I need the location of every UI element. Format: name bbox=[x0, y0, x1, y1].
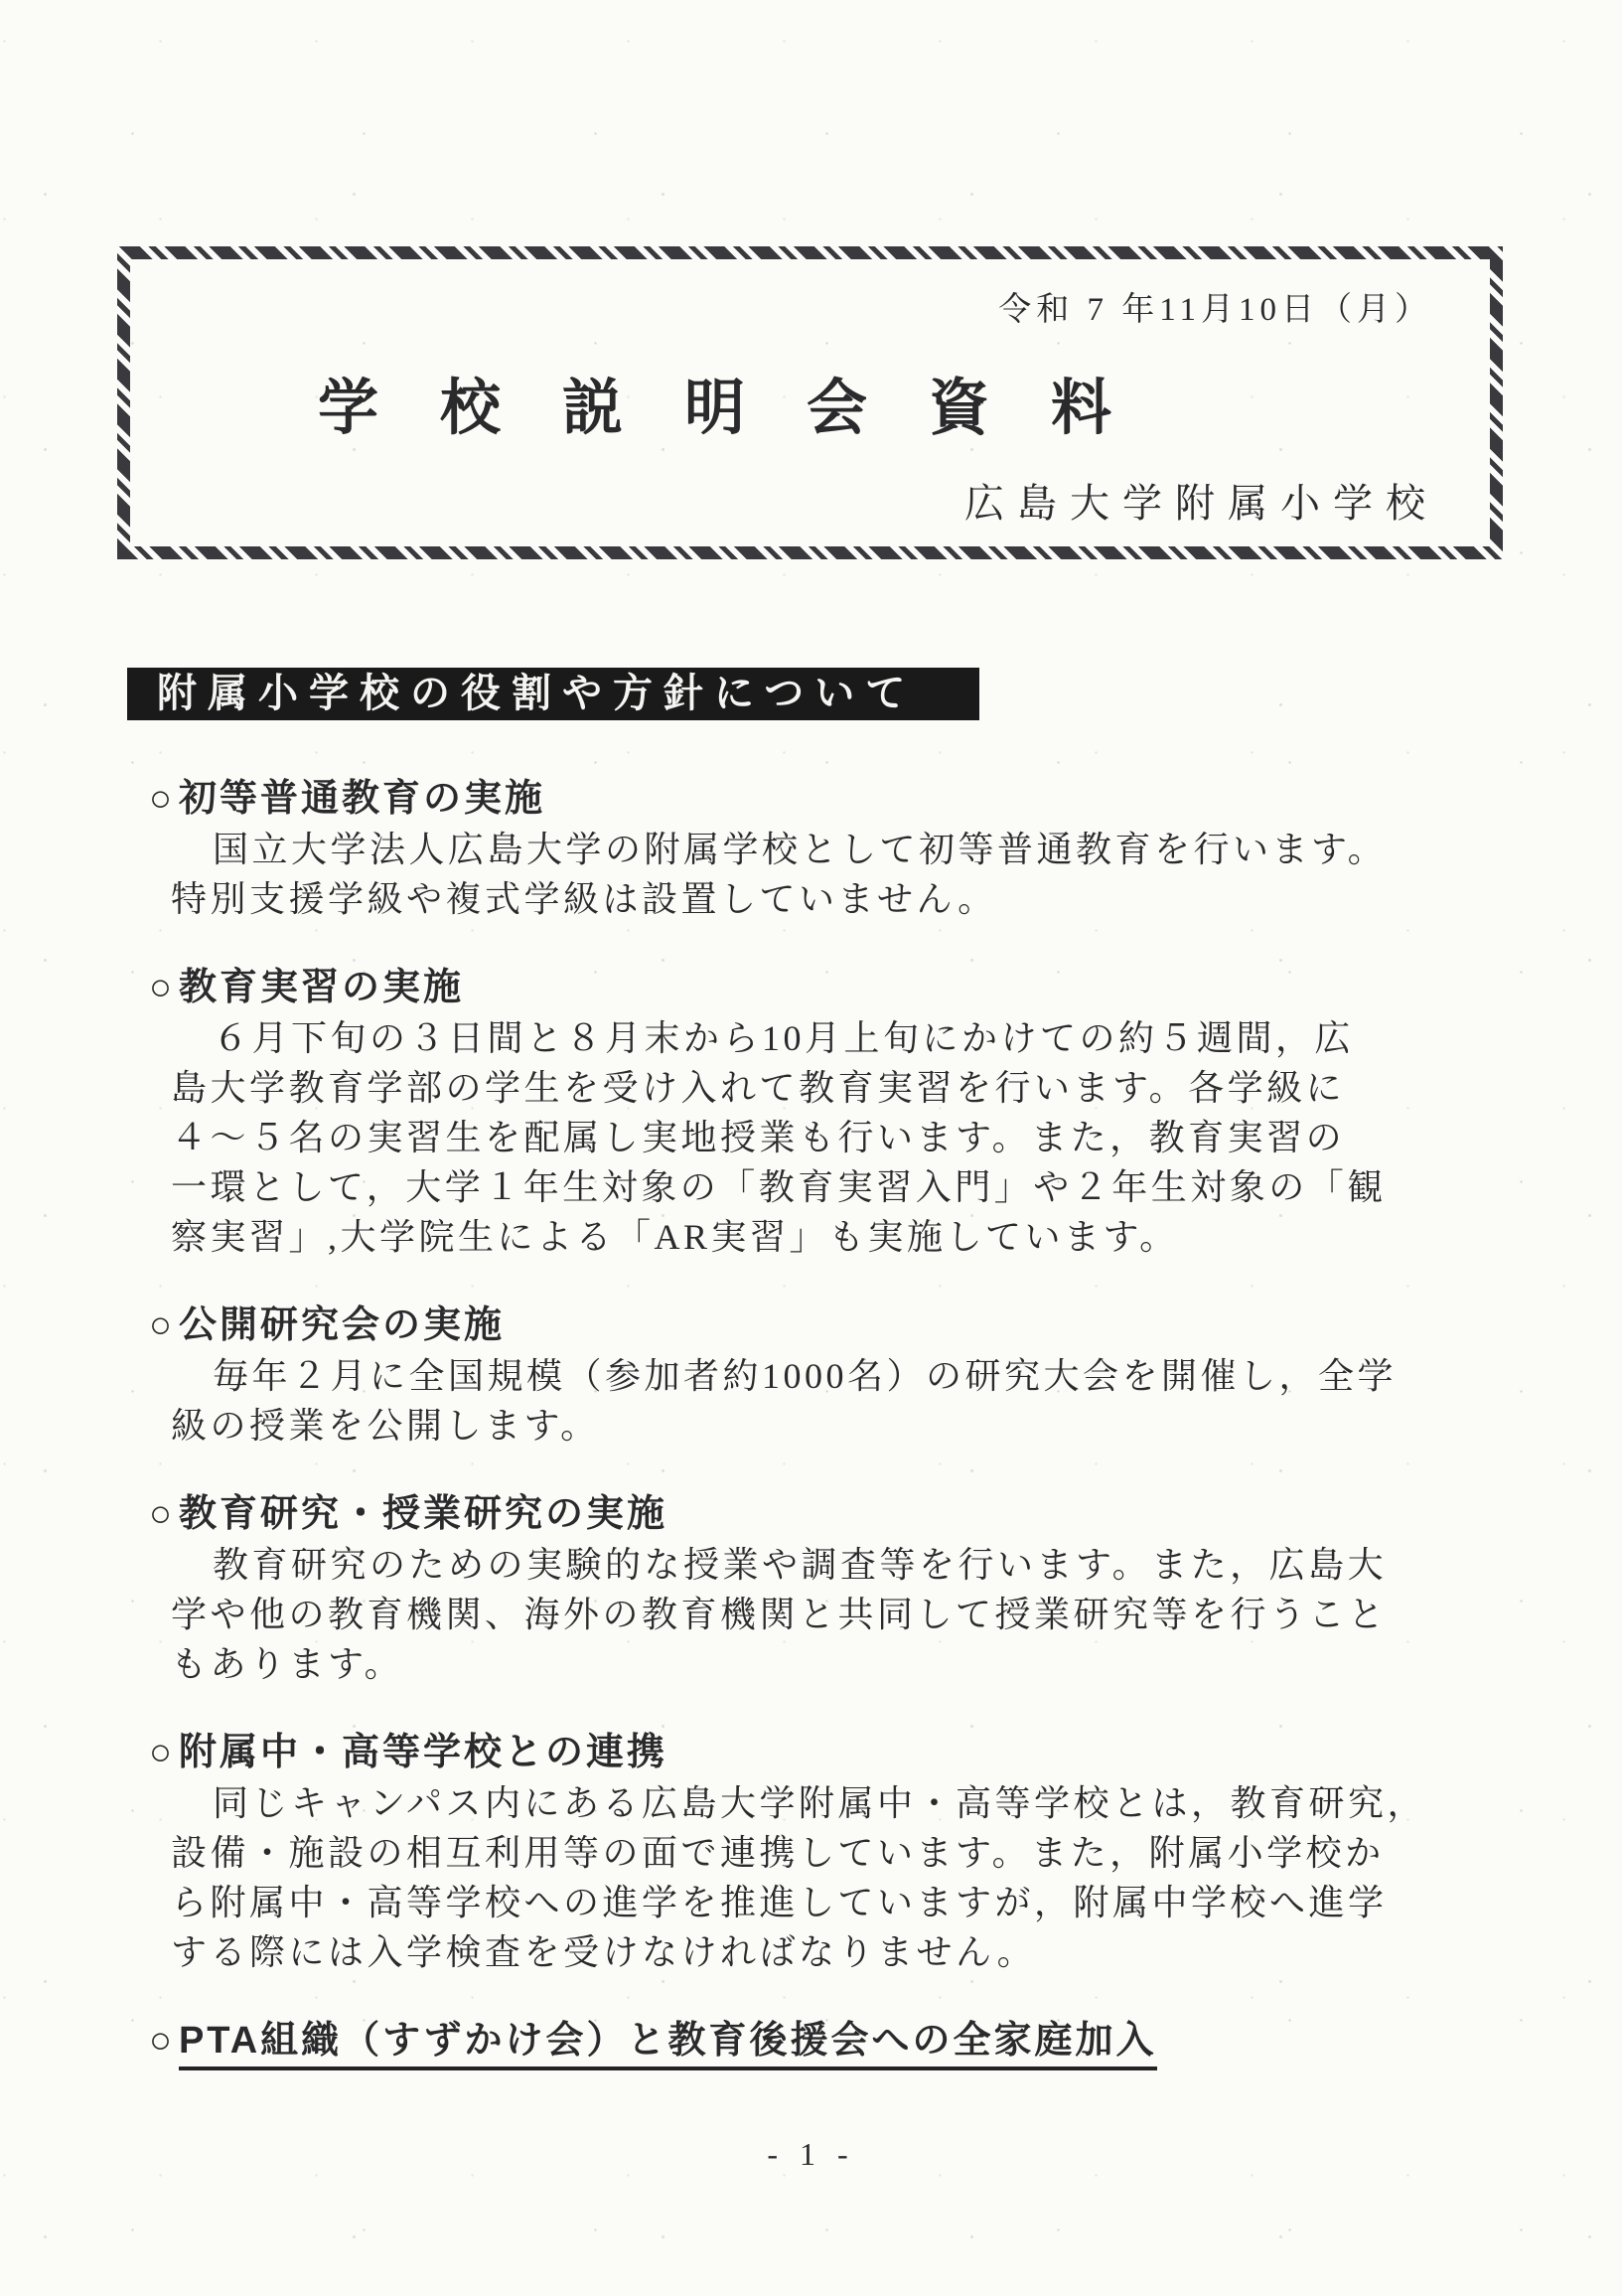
section-heading-text: PTA組織（すずかけ会）と教育後援会への全家庭加入 bbox=[179, 2020, 1157, 2070]
text-line: 同じキャンパス内にある広島大学附属中・高等学校とは，教育研究， bbox=[171, 1778, 1510, 1828]
section-teaching-practice: ○教育実習の実施 ６月下旬の３日間と８月末から10月上旬にかけての約５週間，広 … bbox=[149, 962, 1510, 1262]
section-body: 教育研究のための実験的な授業や調査等を行います。また，広島大 学や他の教育機関、… bbox=[171, 1540, 1510, 1689]
text-line: 察実習」,大学院生による「AR実習」も実施しています。 bbox=[171, 1212, 1510, 1262]
document-page: 令和 7 年11月10日（月） 学校説明会資料 広島大学附属小学校 附属小学校の… bbox=[0, 0, 1622, 2296]
section-heading-text: 教育研究・授業研究の実施 bbox=[179, 1493, 667, 1535]
section-pta: ○PTA組織（すずかけ会）と教育後援会への全家庭加入 bbox=[149, 2015, 1510, 2066]
section-elementary-education: ○初等普通教育の実施 国立大学法人広島大学の附属学校として初等普通教育を行います… bbox=[149, 773, 1510, 924]
section-heading: ○教育実習の実施 bbox=[149, 962, 1510, 1013]
circle-bullet: ○ bbox=[149, 2020, 175, 2062]
section-education-research: ○教育研究・授業研究の実施 教育研究のための実験的な授業や調査等を行います。また… bbox=[149, 1488, 1510, 1689]
document-date: 令和 7 年11月10日（月） bbox=[130, 283, 1490, 330]
section-body: 国立大学法人広島大学の附属学校として初等普通教育を行います。 特別支援学級や複式… bbox=[171, 825, 1510, 924]
section-heading: ○公開研究会の実施 bbox=[149, 1300, 1510, 1351]
text-line: 学や他の教育機関、海外の教育機関と共同して授業研究等を行うこと bbox=[171, 1590, 1510, 1639]
circle-bullet: ○ bbox=[149, 1304, 175, 1346]
text-line: ６月下旬の３日間と８月末から10月上旬にかけての約５週間，広 bbox=[171, 1013, 1510, 1063]
school-name: 広島大学附属小学校 bbox=[130, 472, 1490, 529]
section-jhs-cooperation: ○附属中・高等学校との連携 同じキャンパス内にある広島大学附属中・高等学校とは，… bbox=[149, 1727, 1510, 1977]
section-heading-text: 初等普通教育の実施 bbox=[179, 778, 545, 820]
text-line: ら附属中・高等学校への進学を推進していますが，附属中学校へ進学 bbox=[171, 1878, 1510, 1927]
section-heading-text: 教育実習の実施 bbox=[179, 967, 464, 1008]
text-line: 一環として，大学１年生対象の「教育実習入門」や２年生対象の「観 bbox=[171, 1162, 1510, 1212]
document-title: 学校説明会資料 bbox=[130, 360, 1490, 446]
section-heading: ○教育研究・授業研究の実施 bbox=[149, 1488, 1510, 1540]
text-line: もあります。 bbox=[171, 1639, 1510, 1689]
circle-bullet: ○ bbox=[149, 778, 175, 820]
circle-bullet: ○ bbox=[149, 1732, 175, 1773]
page-number: - 1 - bbox=[0, 2136, 1622, 2173]
section-heading-text: 附属中・高等学校との連携 bbox=[179, 1732, 667, 1773]
section-body: ６月下旬の３日間と８月末から10月上旬にかけての約５週間，広 島大学教育学部の学… bbox=[171, 1013, 1510, 1262]
section-body: 同じキャンパス内にある広島大学附属中・高等学校とは，教育研究， 設備・施設の相互… bbox=[171, 1778, 1510, 1977]
section-heading: ○附属中・高等学校との連携 bbox=[149, 1727, 1510, 1778]
text-line: ４～５名の実習生を配属し実地授業も行います。また，教育実習の bbox=[171, 1113, 1510, 1162]
section-header-bar: 附属小学校の役割や方針について bbox=[127, 668, 979, 720]
section-heading: ○初等普通教育の実施 bbox=[149, 773, 1510, 825]
text-line: 教育研究のための実験的な授業や調査等を行います。また，広島大 bbox=[171, 1540, 1510, 1590]
section-body: 毎年２月に全国規模（参加者約1000名）の研究大会を開催し，全学 級の授業を公開… bbox=[171, 1351, 1510, 1451]
title-box: 令和 7 年11月10日（月） 学校説明会資料 広島大学附属小学校 bbox=[117, 246, 1503, 559]
text-line: 特別支援学級や複式学級は設置していません。 bbox=[171, 874, 1510, 924]
section-heading: ○PTA組織（すずかけ会）と教育後援会への全家庭加入 bbox=[149, 2015, 1510, 2066]
section-heading-text: 公開研究会の実施 bbox=[179, 1304, 505, 1346]
section-open-research: ○公開研究会の実施 毎年２月に全国規模（参加者約1000名）の研究大会を開催し，… bbox=[149, 1300, 1510, 1451]
text-line: 設備・施設の相互利用等の面で連携しています。また，附属小学校か bbox=[171, 1828, 1510, 1878]
text-line: 島大学教育学部の学生を受け入れて教育実習を行います。各学級に bbox=[171, 1063, 1510, 1113]
circle-bullet: ○ bbox=[149, 967, 175, 1008]
text-line: 級の授業を公開します。 bbox=[171, 1401, 1510, 1451]
section-header-label: 附属小学校の役割や方針について bbox=[157, 672, 916, 715]
text-line: する際には入学検査を受けなければなりません。 bbox=[171, 1927, 1510, 1977]
text-line: 毎年２月に全国規模（参加者約1000名）の研究大会を開催し，全学 bbox=[171, 1351, 1510, 1401]
text-line: 国立大学法人広島大学の附属学校として初等普通教育を行います。 bbox=[171, 825, 1510, 874]
circle-bullet: ○ bbox=[149, 1493, 175, 1535]
document-body: ○初等普通教育の実施 国立大学法人広島大学の附属学校として初等普通教育を行います… bbox=[149, 773, 1510, 2066]
